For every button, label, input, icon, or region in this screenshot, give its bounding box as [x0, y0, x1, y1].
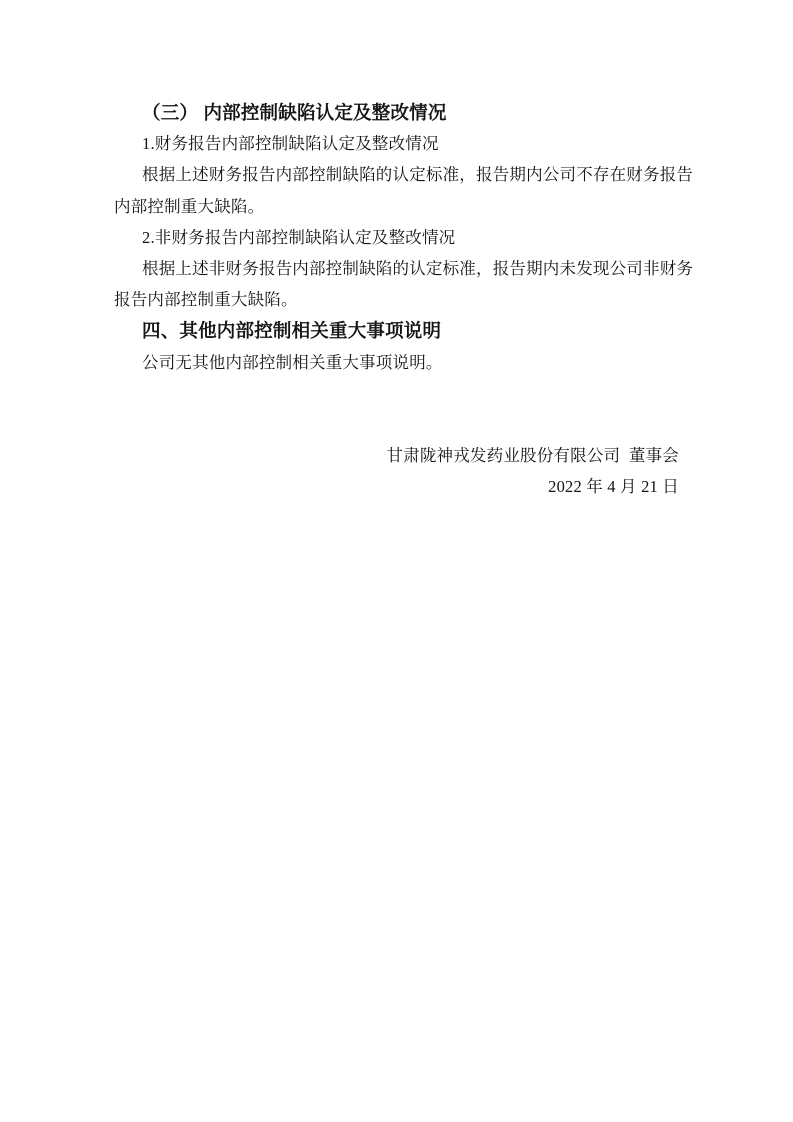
- item-2-title: 2.非财务报告内部控制缺陷认定及整改情况: [114, 222, 679, 253]
- item-1-title: 1.财务报告内部控制缺陷认定及整改情况: [114, 128, 679, 159]
- spacer-line: [114, 409, 679, 440]
- signature-company: 甘肃陇神戎发药业股份有限公司 董事会: [114, 440, 679, 471]
- section-3-heading: （三） 内部控制缺陷认定及整改情况: [114, 97, 679, 128]
- item-1-body-line-2: 内部控制重大缺陷。: [114, 191, 679, 222]
- spacer-line: [114, 378, 679, 409]
- document-content: （三） 内部控制缺陷认定及整改情况 1.财务报告内部控制缺陷认定及整改情况 根据…: [0, 0, 793, 502]
- item-1-body-line-1: 根据上述财务报告内部控制缺陷的认定标准，报告期内公司不存在财务报告: [114, 159, 679, 190]
- section-4-heading: 四、其他内部控制相关重大事项说明: [114, 315, 679, 346]
- item-2-body-line-2: 报告内部控制重大缺陷。: [114, 284, 679, 315]
- section-4-body: 公司无其他内部控制相关重大事项说明。: [114, 347, 679, 378]
- signature-date: 2022 年 4 月 21 日: [114, 471, 679, 502]
- document-page: （三） 内部控制缺陷认定及整改情况 1.财务报告内部控制缺陷认定及整改情况 根据…: [0, 0, 793, 1122]
- item-2-body-line-1: 根据上述非财务报告内部控制缺陷的认定标准，报告期内未发现公司非财务: [114, 253, 679, 284]
